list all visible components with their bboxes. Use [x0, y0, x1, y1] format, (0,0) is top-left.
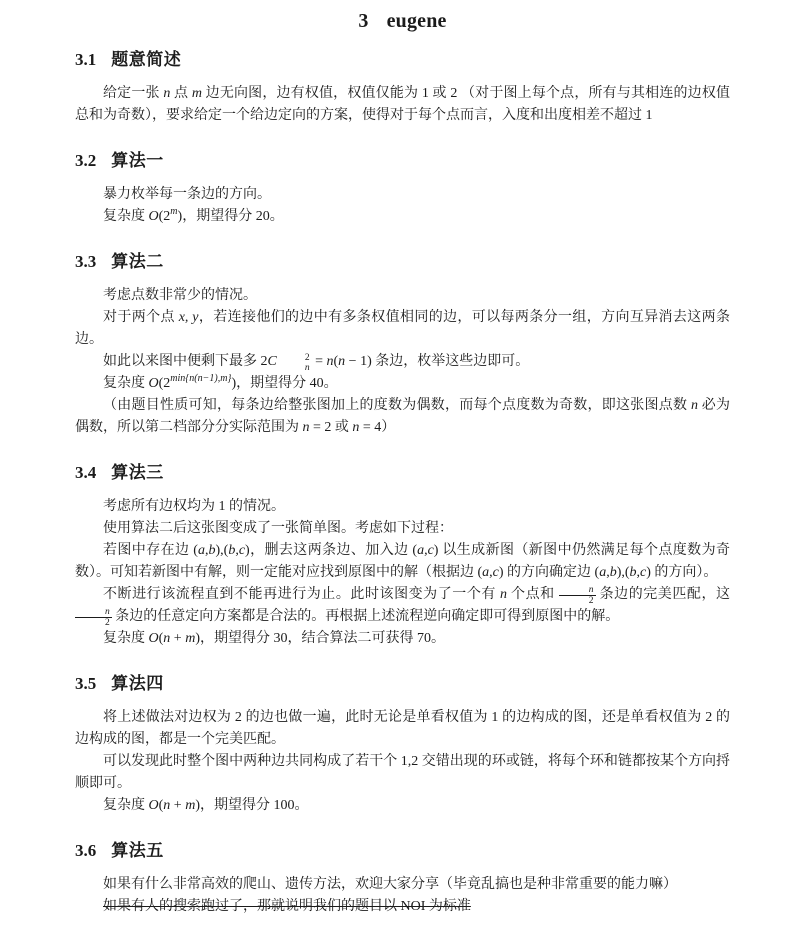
heading-text: 算法三	[111, 463, 164, 482]
section-number: 3	[358, 10, 368, 32]
heading-text: 算法一	[111, 151, 164, 170]
heading-number: 3.1	[75, 50, 96, 69]
heading-number: 3.4	[75, 463, 96, 482]
page-title: 3eugene	[75, 9, 730, 33]
section-3-2: 3.2算法一 暴力枚举每一条边的方向。 复杂度 O(2m)，期望得分 20。	[75, 151, 730, 228]
paragraph: 不断进行该流程直到不能再进行为止。此时该图变为了一个有 n 个点和 n2 条边的…	[75, 584, 730, 628]
section-heading: 3.1题意简述	[75, 50, 730, 70]
heading-number: 3.6	[75, 841, 96, 860]
section-heading: 3.4算法三	[75, 463, 730, 483]
paragraph: 给定一张 n 点 m 边无向图，边有权值，权值仅能为 1 或 2 （对于图上每个…	[75, 83, 730, 127]
section-3-4: 3.4算法三 考虑所有边权均为 1 的情况。 使用算法二后这张图变成了一张简单图…	[75, 463, 730, 650]
section-3-5: 3.5算法四 将上述做法对边权为 2 的边也做一遍，此时无论是单看权值为 1 的…	[75, 674, 730, 817]
paragraph: 可以发现此时整个图中两种边共同构成了若干个 1,2 交错出现的环或链，将每个环和…	[75, 751, 730, 795]
section-title-text: eugene	[387, 10, 447, 32]
paragraph: 将上述做法对边权为 2 的边也做一遍，此时无论是单看权值为 1 的边构成的图，还…	[75, 707, 730, 751]
heading-text: 题意简述	[111, 50, 181, 69]
paragraph: 使用算法二后这张图变成了一张简单图。考虑如下过程：	[75, 518, 730, 540]
paragraph: 复杂度 O(n + m)，期望得分 30，结合算法二可获得 70。	[75, 628, 730, 650]
heading-number: 3.3	[75, 252, 96, 271]
section-heading: 3.6算法五	[75, 841, 730, 861]
heading-number: 3.5	[75, 674, 96, 693]
section-heading: 3.5算法四	[75, 674, 730, 694]
heading-number: 3.2	[75, 151, 96, 170]
section-3-3: 3.3算法二 考虑点数非常少的情况。 对于两个点 x, y，若连接他们的边中有多…	[75, 252, 730, 439]
section-heading: 3.3算法二	[75, 252, 730, 272]
paragraph: 若图中存在边 (a,b),(b,c)，删去这两条边、加入边 (a,c) 以生成新…	[75, 540, 730, 584]
paragraph: 考虑点数非常少的情况。	[75, 285, 730, 307]
heading-text: 算法四	[111, 674, 164, 693]
paragraph: 对于两个点 x, y，若连接他们的边中有多条权值相同的边，可以每两条分一组，方向…	[75, 307, 730, 351]
heading-text: 算法二	[111, 252, 164, 271]
paragraph: 考虑所有边权均为 1 的情况。	[75, 496, 730, 518]
section-heading: 3.2算法一	[75, 151, 730, 171]
paragraph: 如果有什么非常高效的爬山、遗传方法，欢迎大家分享（毕竟乱搞也是种非常重要的能力嘛…	[75, 874, 730, 896]
paragraph strikethrough-paragraph: 如果有人的搜索跑过了，那就说明我们的题目以 NOI 为标准	[75, 896, 730, 918]
section-3-1: 3.1题意简述 给定一张 n 点 m 边无向图，边有权值，权值仅能为 1 或 2…	[75, 50, 730, 127]
paragraph: （由题目性质可知，每条边给整张图加上的度数为偶数，而每个点度数为奇数，即这张图点…	[75, 395, 730, 439]
paragraph: 复杂度 O(2m)，期望得分 20。	[75, 206, 730, 228]
section-3-6: 3.6算法五 如果有什么非常高效的爬山、遗传方法，欢迎大家分享（毕竟乱搞也是种非…	[75, 841, 730, 918]
paragraph: 复杂度 O(2min{n(n−1),m})，期望得分 40。	[75, 373, 730, 395]
document-page: 3eugene 3.1题意简述 给定一张 n 点 m 边无向图，边有权值，权值仅…	[0, 0, 803, 947]
heading-text: 算法五	[111, 841, 164, 860]
paragraph: 暴力枚举每一条边的方向。	[75, 184, 730, 206]
paragraph: 复杂度 O(n + m)，期望得分 100。	[75, 795, 730, 817]
paragraph: 如此以来图中便剩下最多 2C2n = n(n − 1) 条边，枚举这些边即可。	[75, 351, 730, 373]
